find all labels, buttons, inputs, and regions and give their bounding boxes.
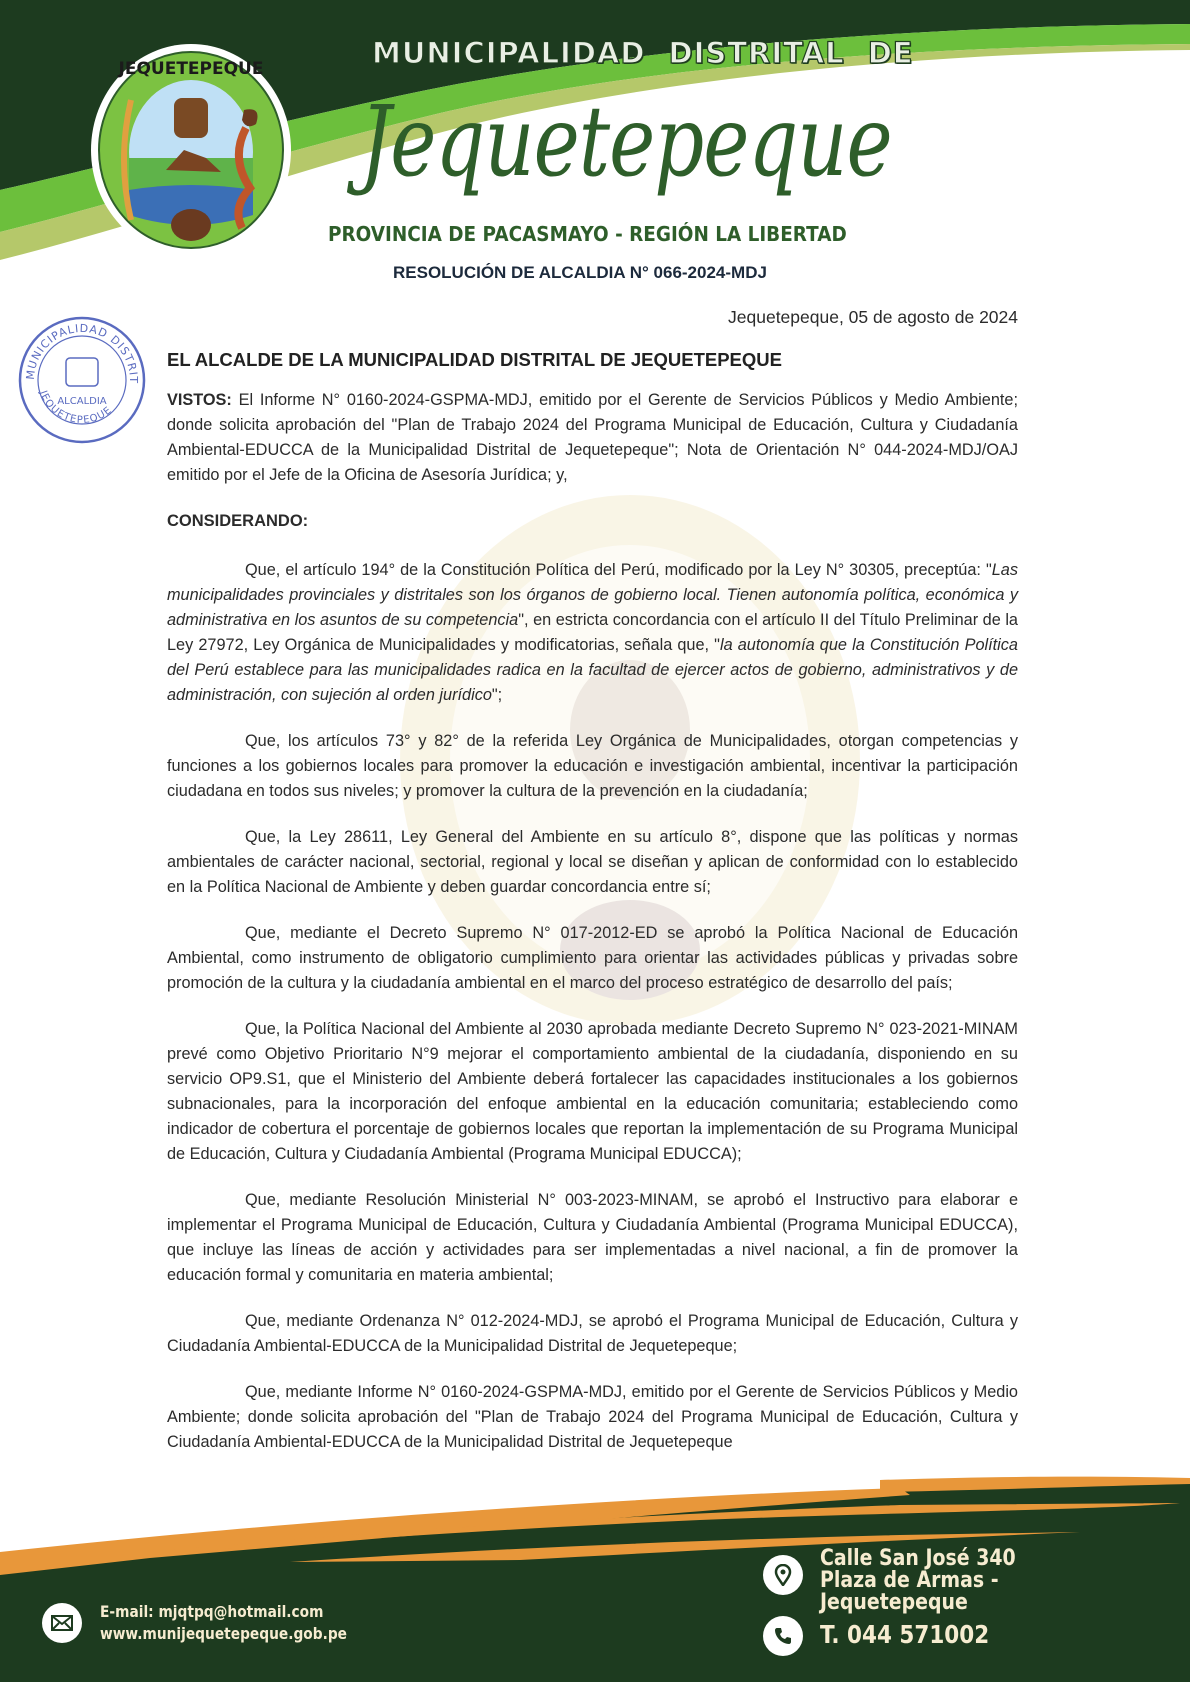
phone-icon-badge (763, 1616, 803, 1656)
text-run: "; (492, 686, 502, 704)
phone-number[interactable]: T. 044 571002 (820, 1624, 989, 1646)
website-link[interactable]: www.munijequetepeque.gob.pe (100, 1623, 347, 1645)
footer-address: Calle San José 340 Plaza de Armas - Jequ… (820, 1548, 1138, 1614)
resolution-title: RESOLUCIÓN DE ALCALDIA N° 066-2024-MDJ (393, 263, 767, 283)
email-icon-badge (42, 1603, 82, 1643)
document-body: EL ALCALDE DE LA MUNICIPALIDAD DISTRITAL… (167, 347, 1018, 1476)
footer-email-web: E-mail: mjqtpq@hotmail.com www.munijeque… (100, 1601, 347, 1645)
footer-phone: T. 044 571002 (820, 1624, 989, 1646)
location-icon-badge (763, 1555, 803, 1595)
document-heading: EL ALCALDE DE LA MUNICIPALIDAD DISTRITAL… (167, 347, 1018, 372)
email-link[interactable]: E-mail: mjqtpq@hotmail.com (100, 1601, 347, 1623)
envelope-icon (51, 1615, 73, 1631)
municipality-title: MUNICIPALIDAD DISTRITAL DE (372, 36, 914, 70)
location-pin-icon (774, 1564, 792, 1586)
considerando-label: CONSIDERANDO: (167, 509, 1018, 534)
considerando-paragraph-1: Que, el artículo 194° de la Constitución… (167, 558, 1018, 708)
stamp-top-text: MUNICIPALIDAD DISTRITAL (12, 310, 140, 383)
official-stamp: MUNICIPALIDAD DISTRITAL JEQUETEPEQUE ALC… (12, 310, 152, 450)
stamp-center-text: ALCALDIA (57, 396, 106, 407)
province-region-line: PROVINCIA DE PACASMAYO - REGIÓN LA LIBER… (328, 222, 847, 246)
considerando-paragraph-3: Que, la Ley 28611, Ley General del Ambie… (167, 825, 1018, 900)
document-date: Jequetepeque, 05 de agosto de 2024 (728, 307, 1018, 328)
vistos-paragraph: VISTOS: El Informe N° 0160-2024-GSPMA-MD… (167, 388, 1018, 488)
svg-text:JEQUETEPEQUE: JEQUETEPEQUE (37, 388, 115, 426)
district-name: Jequetepeque (360, 86, 892, 199)
considerando-paragraph-7: Que, mediante Ordenanza N° 012-2024-MDJ,… (167, 1309, 1018, 1359)
considerando-paragraph-2: Que, los artículos 73° y 82° de la refer… (167, 729, 1018, 804)
stamp-bottom-text: JEQUETEPEQUE (37, 388, 115, 426)
municipal-crest-logo: JEQUETEPEQUE (86, 40, 296, 260)
logo-text: JEQUETEPEQUE (118, 59, 264, 79)
phone-icon (773, 1626, 793, 1646)
considerando-paragraph-5: Que, la Política Nacional del Ambiente a… (167, 1017, 1018, 1167)
considerando-paragraph-4: Que, mediante el Decreto Supremo N° 017-… (167, 921, 1018, 996)
svg-text:MUNICIPALIDAD DISTRITAL: MUNICIPALIDAD DISTRITAL (12, 310, 140, 383)
text-run: Que, el artículo 194° de la Constitución… (245, 561, 992, 579)
considerando-paragraph-6: Que, mediante Resolución Ministerial N° … (167, 1188, 1018, 1288)
vistos-label: VISTOS: (167, 391, 232, 409)
address-line-2: Plaza de Armas - Jequetepeque (820, 1570, 1138, 1614)
address-line-1: Calle San José 340 (820, 1548, 1138, 1570)
vistos-text: El Informe N° 0160-2024-GSPMA-MDJ, emiti… (167, 391, 1018, 484)
